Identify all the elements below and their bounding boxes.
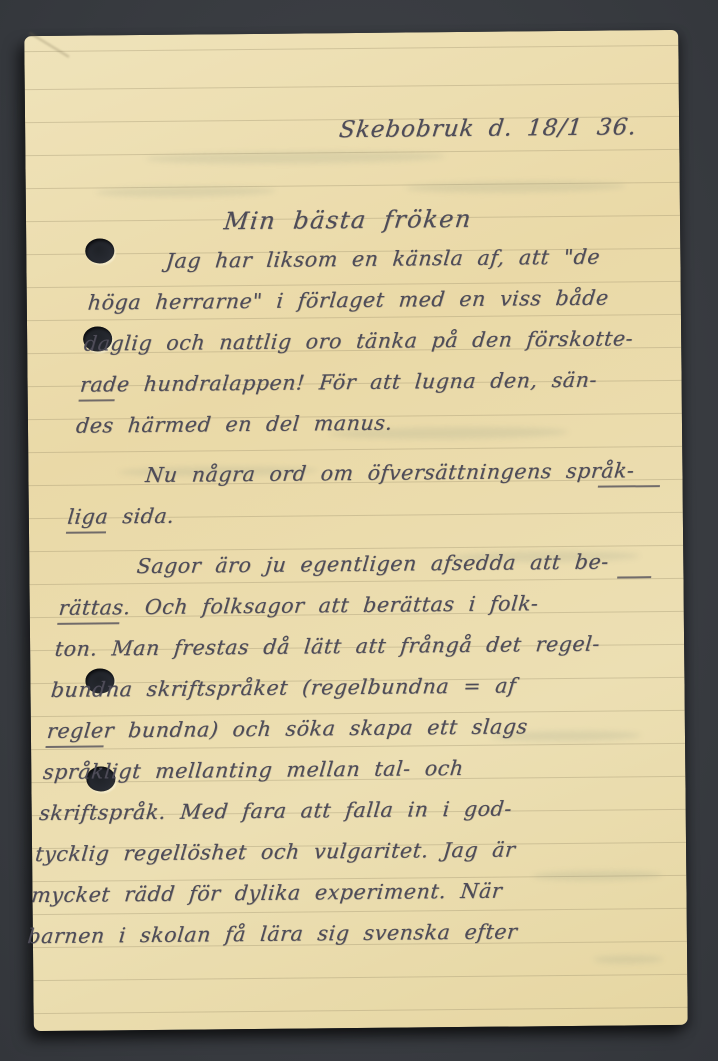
letter-body: Jag har liksom en känsla af, att "de hög… [26,236,684,957]
letter-line: des härmed en del manus. [74,400,668,447]
letter-line: språkligt mellanting mellan tal- och [41,746,635,793]
letter-line: regler bundna) och söka skapa ett slags [45,705,639,752]
underline-stroke [617,576,651,578]
underline-stroke [66,531,106,533]
letter-line: daglig och nattlig oro tänka på den förs… [82,318,676,365]
bleed-through-smudge [593,955,663,964]
paper-crease [29,32,69,58]
letter-line: mycket rädd för dylika experiment. När [29,869,623,916]
letter-line: liga sida. [66,491,660,538]
letter-line: Nu några ord om öfversättningens språk- [69,450,663,497]
scanned-letter-photo: Skebobruk d. 18/1 36. Min bästa fröken J… [0,0,718,1061]
letter-dateline: Skebobruk d. 18/1 36. [338,114,638,143]
letter-line: rade hundralappen! För att lugna den, sä… [78,359,672,406]
underline-stroke [598,485,660,488]
underline-stroke [45,745,103,748]
letter-line: höga herrarne" i förlaget med en viss bå… [86,277,680,324]
letter-line: skriftspråk. Med fara att falla in i god… [37,787,631,834]
underline-stroke [79,399,115,401]
letter-line: rättas. Och folksagor att berättas i fol… [57,582,651,629]
bleed-through-smudge [96,186,276,198]
letter-line: ton. Man frestas då lätt att frångå det … [53,623,647,670]
underline-stroke [57,622,119,625]
letter-line: tycklig regellöshet och vulgaritet. Jag … [33,828,627,875]
bleed-through-smudge [145,150,445,165]
letter-line: barnen i skolan få lära sig svenska efte… [26,910,620,957]
letter-paper: Skebobruk d. 18/1 36. Min bästa fröken J… [24,30,688,1031]
letter-salutation: Min bästa fröken [222,205,473,235]
letter-line: Jag har liksom en känsla af, att "de [90,236,684,283]
bleed-through-smudge [406,180,626,193]
letter-line: bundna skriftspråket (regelbundna = af [49,664,643,711]
letter-line: Sagor äro ju egentligen afsedda att be- [61,541,655,588]
